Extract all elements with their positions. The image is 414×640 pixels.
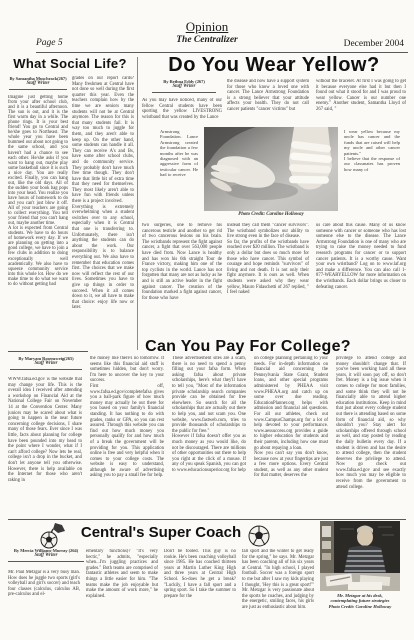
article-social-headline: What Social Life?: [6, 56, 134, 71]
article-college-column-1: WWW.fafsa.ed.gov is the website that may…: [8, 377, 82, 516]
metzgar-photo-caption: Mr. Metzgar at his desk, contemplating f…: [314, 593, 406, 609]
issue-date: December 2004: [344, 39, 404, 49]
wristband-photo-credit: Photo Credit: Caroline Holloway: [204, 212, 338, 218]
article-yellow-col3-bottom: us care about this cause. Many of us kno…: [316, 223, 406, 335]
newspaper-page: Opinion The Centralizer Page 5 December …: [0, 0, 414, 640]
metzgar-photo: [320, 521, 400, 591]
page-number: Page 5: [36, 38, 63, 48]
article-college-column-5: privilege to attend college and money sh…: [336, 356, 406, 516]
article-coach-column-1: Mr. Paul Metzgar is a very busy man. How…: [8, 570, 80, 630]
article-yellow-col3-narrow: I wear yellow because my uncle has cance…: [344, 129, 400, 223]
wristband-photo: [204, 127, 338, 211]
article-college-column-2: the money like there's no tomorrow. It s…: [90, 356, 164, 516]
article-social-column-2: grades on our report cards? Many freshme…: [72, 76, 134, 352]
article-yellow-col1-narrow: Armstrong Foundation. Lance Armstrong cr…: [160, 129, 198, 223]
article-yellow-col2-top: the disease and now have a support syste…: [227, 79, 309, 126]
article-yellow-byline: By Rethna Eddy (267) Staff Writer: [152, 79, 216, 93]
article-yellow-col2-bottom: instead they call them "cancer survivors…: [227, 223, 309, 335]
article-yellow-col3-top: without the bracelet. At first I was goi…: [316, 79, 406, 126]
soccer-ball-icon: [247, 524, 271, 548]
article-yellow-col1-bottom: two surgeries, one to remove his cancero…: [142, 223, 222, 335]
article-coach-byline: By Mercia Williams-Murray (264) Staff Wr…: [8, 548, 84, 562]
article-college-column-3: These advertisement sites are a scam, th…: [172, 356, 246, 516]
byline-role: Staff Writer: [10, 361, 82, 367]
section-title: Opinion: [0, 19, 414, 35]
article-social-column-1: Imagine just getting home from your afte…: [8, 95, 68, 332]
article-coach-column-3: Don't be fooled. This guy is no rookie. …: [164, 549, 236, 635]
caption-credit: Photo Credit: Caroline Holloway: [314, 604, 406, 609]
byline-role: Staff Writer: [152, 84, 216, 90]
column-divider: [137, 57, 138, 350]
article-coach-column-2: ementary functions)? "It's very hectic,"…: [86, 549, 158, 635]
article-college-headline: Can You Pay For College?: [90, 338, 406, 356]
byline-role: Staff Writer: [9, 81, 67, 87]
article-divider-rule: [8, 351, 88, 352]
header-rule: [36, 52, 408, 53]
article-college-column-4: on college planning pertaining to your n…: [254, 356, 328, 516]
article-coach-column-4: fall sport and the winter to get ready f…: [242, 549, 314, 637]
article-social-byline: By Samantha Muschrack(267) Staff Writer: [9, 76, 67, 90]
article-yellow-headline: Do You Wear Yellow?: [140, 54, 408, 77]
article-college-byline: By Maryam Rosenzweig(265) Staff Writer: [10, 356, 82, 370]
article-yellow-col1-top: As you may have noticed, many of our fel…: [142, 98, 222, 128]
section-divider-rule: [8, 519, 406, 520]
byline-role: Staff Writer: [8, 553, 84, 559]
